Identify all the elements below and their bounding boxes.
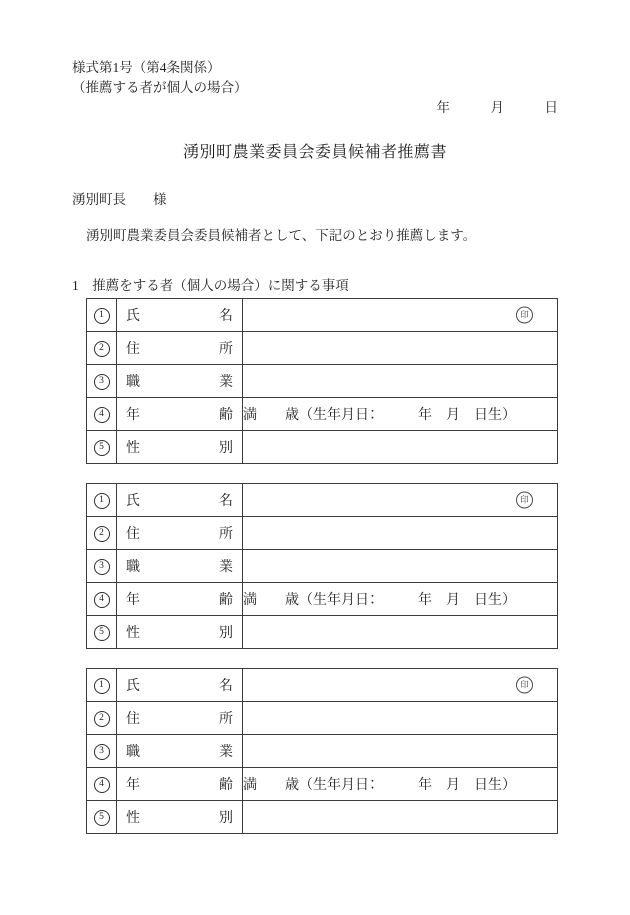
table-row: 4年齢満 歳（生年月日： 年 月 日生） <box>87 398 558 431</box>
field-label: 年齢 <box>117 589 242 609</box>
field-value-cell <box>243 550 558 583</box>
field-label-start: 年 <box>126 774 140 794</box>
table-row: 2住所 <box>87 517 558 550</box>
field-label-end: 齢 <box>219 774 233 794</box>
row-number-cell: 5 <box>87 801 117 834</box>
field-value-cell: 満 歳（生年月日： 年 月 日生） <box>243 768 558 801</box>
field-label-start: 氏 <box>126 490 140 510</box>
row-number-badge: 1 <box>94 678 110 694</box>
field-label-start: 住 <box>126 338 140 358</box>
row-number-badge: 3 <box>94 744 110 760</box>
table-row: 5性別 <box>87 616 558 649</box>
field-label-end: 所 <box>219 338 233 358</box>
field-label: 年齢 <box>117 404 242 424</box>
field-value: 満 歳（生年月日： 年 月 日生） <box>243 408 516 423</box>
field-label-cell: 住所 <box>117 517 243 550</box>
field-label-cell: 職業 <box>117 735 243 768</box>
table-row: 4年齢満 歳（生年月日： 年 月 日生） <box>87 583 558 616</box>
table-row: 4年齢満 歳（生年月日： 年 月 日生） <box>87 768 558 801</box>
row-number-cell: 4 <box>87 583 117 616</box>
row-number-badge: 2 <box>94 711 110 727</box>
table-row: 3職業 <box>87 550 558 583</box>
row-number-badge: 2 <box>94 341 110 357</box>
row-number-cell: 2 <box>87 702 117 735</box>
field-label: 住所 <box>117 523 242 543</box>
field-label-start: 氏 <box>126 305 140 325</box>
field-label-start: 職 <box>126 741 140 761</box>
table-row: 3職業 <box>87 735 558 768</box>
field-label-start: 年 <box>126 589 140 609</box>
field-value-cell <box>243 517 558 550</box>
row-number-cell: 5 <box>87 616 117 649</box>
field-label-cell: 住所 <box>117 332 243 365</box>
field-label-start: 氏 <box>126 675 140 695</box>
field-label-cell: 職業 <box>117 550 243 583</box>
field-label-end: 所 <box>219 523 233 543</box>
table-row: 5性別 <box>87 801 558 834</box>
field-value-cell <box>243 801 558 834</box>
field-value-cell: 印 <box>243 299 558 332</box>
field-label: 性別 <box>117 807 242 827</box>
table-row: 1氏名印 <box>87 299 558 332</box>
table-row: 1氏名印 <box>87 669 558 702</box>
field-label: 氏名 <box>117 675 242 695</box>
section-heading: 1 推薦をする者（個人の場合）に関する事項 <box>72 276 630 296</box>
row-number-cell: 3 <box>87 735 117 768</box>
seal-icon: 印 <box>516 677 533 694</box>
field-label-end: 名 <box>219 675 233 695</box>
field-label-end: 名 <box>219 490 233 510</box>
row-number-badge: 5 <box>94 810 110 826</box>
document-page: 様式第1号（第4条関係） （推薦する者が個人の場合） 年 月 日 湧別町農業委員… <box>0 0 630 915</box>
field-label-cell: 氏名 <box>117 484 243 517</box>
field-label-start: 年 <box>126 404 140 424</box>
seal-icon: 印 <box>516 492 533 509</box>
field-label-start: 住 <box>126 708 140 728</box>
field-label-end: 齢 <box>219 404 233 424</box>
field-label-cell: 性別 <box>117 801 243 834</box>
row-number-badge: 1 <box>94 493 110 509</box>
field-label-start: 職 <box>126 556 140 576</box>
document-header: 様式第1号（第4条関係） （推薦する者が個人の場合） 年 月 日 <box>0 0 630 118</box>
field-label: 性別 <box>117 622 242 642</box>
row-number-cell: 1 <box>87 299 117 332</box>
page-title: 湧別町農業委員会委員候補者推薦書 <box>0 142 630 164</box>
seal-icon: 印 <box>516 307 533 324</box>
field-label-cell: 性別 <box>117 616 243 649</box>
row-number-badge: 5 <box>94 625 110 641</box>
recommender-table-1: 1氏名印2住所3職業4年齢満 歳（生年月日： 年 月 日生）5性別 <box>86 298 558 464</box>
row-number-badge: 2 <box>94 526 110 542</box>
recommender-table-2: 1氏名印2住所3職業4年齢満 歳（生年月日： 年 月 日生）5性別 <box>86 483 558 649</box>
field-label-end: 齢 <box>219 589 233 609</box>
field-value-cell <box>243 365 558 398</box>
field-label-end: 名 <box>219 305 233 325</box>
row-number-cell: 2 <box>87 332 117 365</box>
field-label-start: 性 <box>126 622 140 642</box>
body-text: 湧別町農業委員会委員候補者として、下記のとおり推薦します。 <box>72 226 558 246</box>
row-number-badge: 4 <box>94 407 110 423</box>
field-label-cell: 職業 <box>117 365 243 398</box>
field-label-cell: 年齢 <box>117 583 243 616</box>
table-row: 2住所 <box>87 332 558 365</box>
form-number-line: 様式第1号（第4条関係） <box>72 58 558 78</box>
row-number-badge: 4 <box>94 777 110 793</box>
field-label-start: 職 <box>126 371 140 391</box>
row-number-cell: 3 <box>87 365 117 398</box>
field-value-cell: 満 歳（生年月日： 年 月 日生） <box>243 583 558 616</box>
field-label-end: 別 <box>219 437 233 457</box>
row-number-cell: 1 <box>87 669 117 702</box>
table-row: 1氏名印 <box>87 484 558 517</box>
field-label: 氏名 <box>117 490 242 510</box>
field-label: 住所 <box>117 708 242 728</box>
date-line: 年 月 日 <box>72 98 558 118</box>
field-label-cell: 氏名 <box>117 669 243 702</box>
field-label-cell: 年齢 <box>117 768 243 801</box>
table-row: 2住所 <box>87 702 558 735</box>
field-label-cell: 氏名 <box>117 299 243 332</box>
field-label: 職業 <box>117 371 242 391</box>
row-number-cell: 2 <box>87 517 117 550</box>
row-number-badge: 1 <box>94 308 110 324</box>
table-row: 3職業 <box>87 365 558 398</box>
field-label: 性別 <box>117 437 242 457</box>
recommender-table-3: 1氏名印2住所3職業4年齢満 歳（生年月日： 年 月 日生）5性別 <box>86 668 558 834</box>
row-number-cell: 3 <box>87 550 117 583</box>
field-label-end: 別 <box>219 807 233 827</box>
field-label-start: 性 <box>126 437 140 457</box>
field-label: 住所 <box>117 338 242 358</box>
row-number-cell: 5 <box>87 431 117 464</box>
field-label-end: 業 <box>219 371 233 391</box>
field-label: 職業 <box>117 556 242 576</box>
form-target-line: （推薦する者が個人の場合） <box>72 78 558 98</box>
field-label-cell: 性別 <box>117 431 243 464</box>
row-number-cell: 4 <box>87 768 117 801</box>
row-number-cell: 4 <box>87 398 117 431</box>
field-value-cell <box>243 702 558 735</box>
field-label-cell: 住所 <box>117 702 243 735</box>
field-value: 満 歳（生年月日： 年 月 日生） <box>243 593 516 608</box>
field-value-cell: 印 <box>243 669 558 702</box>
field-label-start: 住 <box>126 523 140 543</box>
field-value-cell <box>243 735 558 768</box>
field-label: 職業 <box>117 741 242 761</box>
table-row: 5性別 <box>87 431 558 464</box>
recommender-tables-area: 1氏名印2住所3職業4年齢満 歳（生年月日： 年 月 日生）5性別1氏名印2住所… <box>86 298 630 834</box>
row-number-cell: 1 <box>87 484 117 517</box>
row-number-badge: 4 <box>94 592 110 608</box>
row-number-badge: 5 <box>94 440 110 456</box>
field-value: 満 歳（生年月日： 年 月 日生） <box>243 778 516 793</box>
field-value-cell <box>243 616 558 649</box>
addressee-line: 湧別町長 様 <box>72 190 630 210</box>
field-value-cell: 満 歳（生年月日： 年 月 日生） <box>243 398 558 431</box>
field-label-end: 業 <box>219 741 233 761</box>
field-label-cell: 年齢 <box>117 398 243 431</box>
field-label-end: 所 <box>219 708 233 728</box>
row-number-badge: 3 <box>94 374 110 390</box>
field-label: 年齢 <box>117 774 242 794</box>
field-label-end: 業 <box>219 556 233 576</box>
field-label-end: 別 <box>219 622 233 642</box>
field-label-start: 性 <box>126 807 140 827</box>
field-value-cell <box>243 332 558 365</box>
row-number-badge: 3 <box>94 559 110 575</box>
field-label: 氏名 <box>117 305 242 325</box>
field-value-cell <box>243 431 558 464</box>
field-value-cell: 印 <box>243 484 558 517</box>
